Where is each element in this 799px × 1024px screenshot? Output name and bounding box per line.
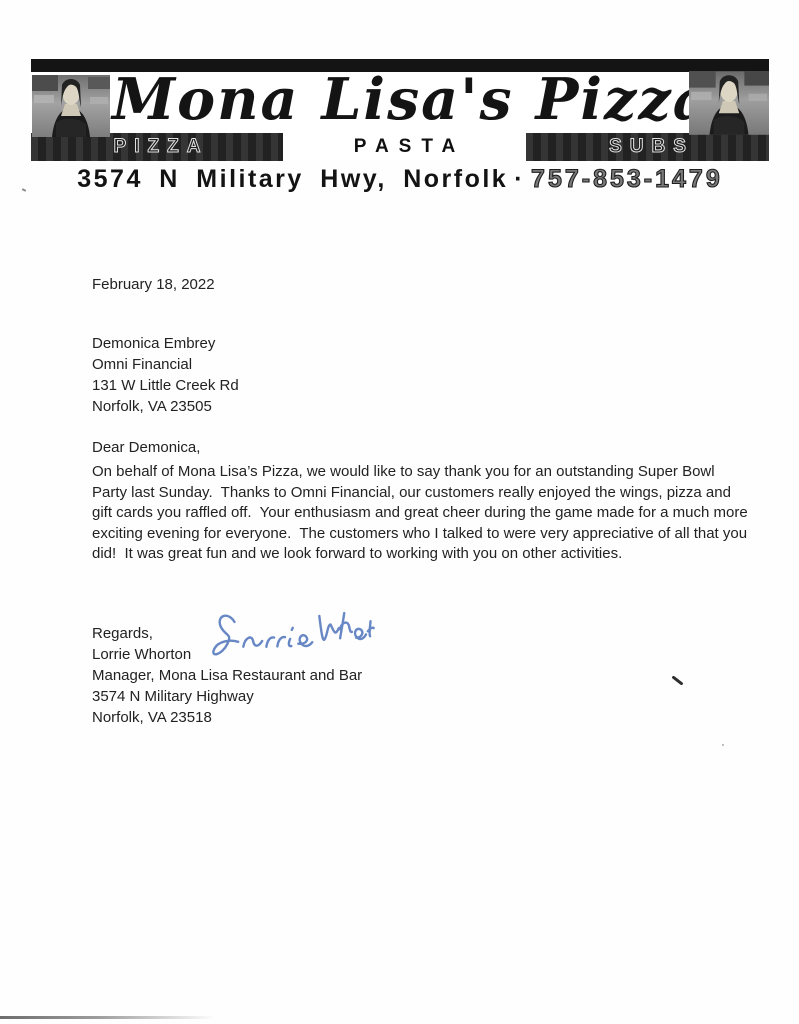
recipient-company: Omni Financial [92,354,239,375]
letterhead-address: 3574 N Military Hwy, Norfolk [77,165,508,193]
address-separator: · [508,165,531,193]
salutation: Dear Demonica, [92,437,200,458]
recipient-address-block: Demonica Embrey Omni Financial 131 W Lit… [92,333,239,417]
menu-band-pasta: PASTA [283,133,526,161]
letterhead: Mona Lisa's Pizza [28,59,772,194]
signer-street: 3574 N Military Highway [92,686,362,707]
scanned-letter-page: Mona Lisa's Pizza [0,0,799,1024]
handwritten-signature [204,601,376,671]
letterhead-phone: 757-853-1479 [531,165,723,193]
scan-artifact-dash [671,675,683,685]
recipient-street: 131 W Little Creek Rd [92,375,239,396]
mona-lisa-portrait-icon [689,71,769,135]
menu-band-pizza: PIZZA [31,133,283,161]
mona-lisa-portrait-icon [32,75,110,137]
letter-body-paragraph: On behalf of Mona Lisa’s Pizza, we would… [92,462,748,565]
scan-artifact-dot [722,744,724,746]
menu-band: PIZZA PASTA SUBS [31,133,769,161]
menu-band-subs: SUBS [526,133,769,161]
recipient-name: Demonica Embrey [92,333,239,354]
letterhead-address-row: 3574 N Military Hwy, Norfolk·757-853-147… [28,165,772,194]
scan-artifact-speck [22,188,26,192]
recipient-city: Norfolk, VA 23505 [92,396,239,417]
restaurant-name: Mona Lisa's Pizza [112,64,688,136]
signer-city: Norfolk, VA 23518 [92,707,362,728]
scan-artifact-bottom-line [0,1016,215,1019]
letter-date: February 18, 2022 [92,274,215,295]
letterhead-title-row: Mona Lisa's Pizza [28,72,772,133]
